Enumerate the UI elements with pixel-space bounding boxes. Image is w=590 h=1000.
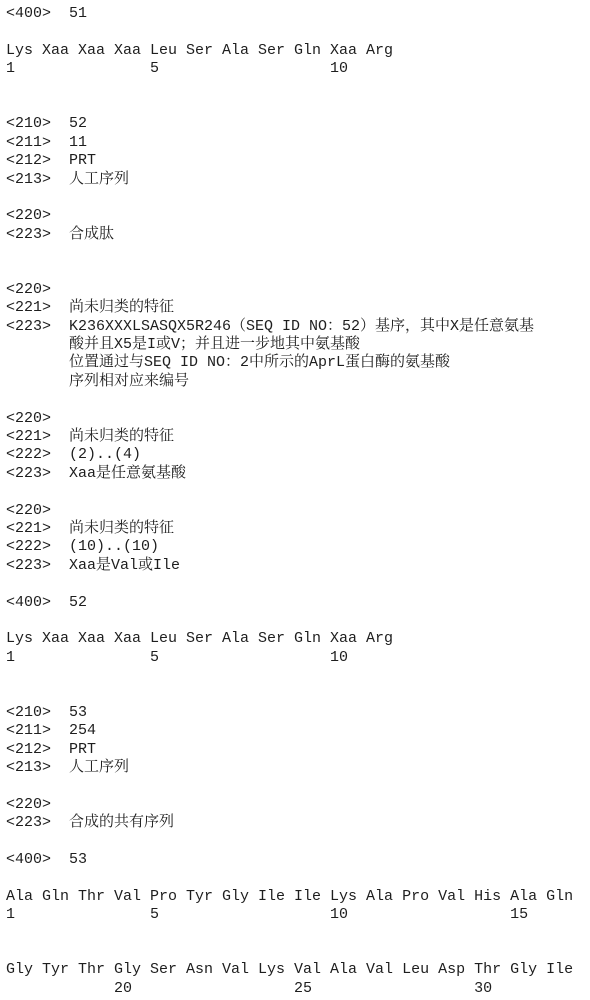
blank-line	[6, 244, 590, 262]
sequence-numbering-line: 20 25 30	[6, 980, 590, 998]
tag-value-continuation-line: 序列相对应来编号	[6, 373, 590, 391]
tag-line-220: <220>	[6, 410, 590, 428]
tag-value-continuation-line: 酸并且X5是I或V；并且进一步地其中氨基酸	[6, 336, 590, 354]
blank-line	[6, 483, 590, 501]
tag-line-220: <220>	[6, 502, 590, 520]
tag-line-210-52: <210> 52	[6, 115, 590, 133]
blank-line	[6, 943, 590, 961]
tag-line-400-51: <400> 51	[6, 5, 590, 23]
blank-line	[6, 262, 590, 280]
sequence-line: Lys Xaa Xaa Xaa Leu Ser Ala Ser Gln Xaa …	[6, 630, 590, 648]
tag-line-223: <223> 合成的共有序列	[6, 814, 590, 832]
blank-line	[6, 79, 590, 97]
blank-line	[6, 97, 590, 115]
blank-line	[6, 612, 590, 630]
sequence-numbering-line: 1 5 10	[6, 60, 590, 78]
tag-line-212: <212> PRT	[6, 152, 590, 170]
tag-line-223: <223> Xaa是Val或Ile	[6, 557, 590, 575]
sequence-line: Gly Tyr Thr Gly Ser Asn Val Lys Val Ala …	[6, 961, 590, 979]
sequence-numbering-line: 1 5 10	[6, 649, 590, 667]
tag-line-220: <220>	[6, 281, 590, 299]
tag-line-400-53: <400> 53	[6, 851, 590, 869]
tag-line-221: <221> 尚未归类的特征	[6, 520, 590, 538]
blank-line	[6, 391, 590, 409]
tag-line-223: <223> Xaa是任意氨基酸	[6, 465, 590, 483]
sequence-numbering-line: 1 5 10 15	[6, 906, 590, 924]
tag-line-211: <211> 11	[6, 134, 590, 152]
tag-line-223: <223> 合成肽	[6, 226, 590, 244]
blank-line	[6, 777, 590, 795]
tag-line-400-52: <400> 52	[6, 594, 590, 612]
tag-line-220: <220>	[6, 207, 590, 225]
tag-line-221: <221> 尚未归类的特征	[6, 299, 590, 317]
blank-line	[6, 869, 590, 887]
sequence-line: Lys Xaa Xaa Xaa Leu Ser Ala Ser Gln Xaa …	[6, 42, 590, 60]
blank-line	[6, 925, 590, 943]
blank-line	[6, 575, 590, 593]
blank-line	[6, 833, 590, 851]
tag-line-213: <213> 人工序列	[6, 171, 590, 189]
tag-line-211: <211> 254	[6, 722, 590, 740]
blank-line	[6, 23, 590, 41]
tag-line-222: <222> (2)..(4)	[6, 446, 590, 464]
tag-line-213: <213> 人工序列	[6, 759, 590, 777]
sequence-line: Ala Gln Thr Val Pro Tyr Gly Ile Ile Lys …	[6, 888, 590, 906]
blank-line	[6, 667, 590, 685]
blank-line	[6, 189, 590, 207]
tag-value-continuation-line: 位置通过与SEQ ID NO：2中所示的AprL蛋白酶的氨基酸	[6, 354, 590, 372]
tag-line-223: <223> K236XXXLSASQX5R246（SEQ ID NO：52）基序…	[6, 318, 590, 336]
blank-line	[6, 685, 590, 703]
tag-line-212: <212> PRT	[6, 741, 590, 759]
tag-line-210-53: <210> 53	[6, 704, 590, 722]
tag-line-221: <221> 尚未归类的特征	[6, 428, 590, 446]
tag-line-222: <222> (10)..(10)	[6, 538, 590, 556]
patent-sequence-listing-page: <400> 51 Lys Xaa Xaa Xaa Leu Ser Ala Ser…	[0, 0, 590, 1000]
tag-line-220: <220>	[6, 796, 590, 814]
